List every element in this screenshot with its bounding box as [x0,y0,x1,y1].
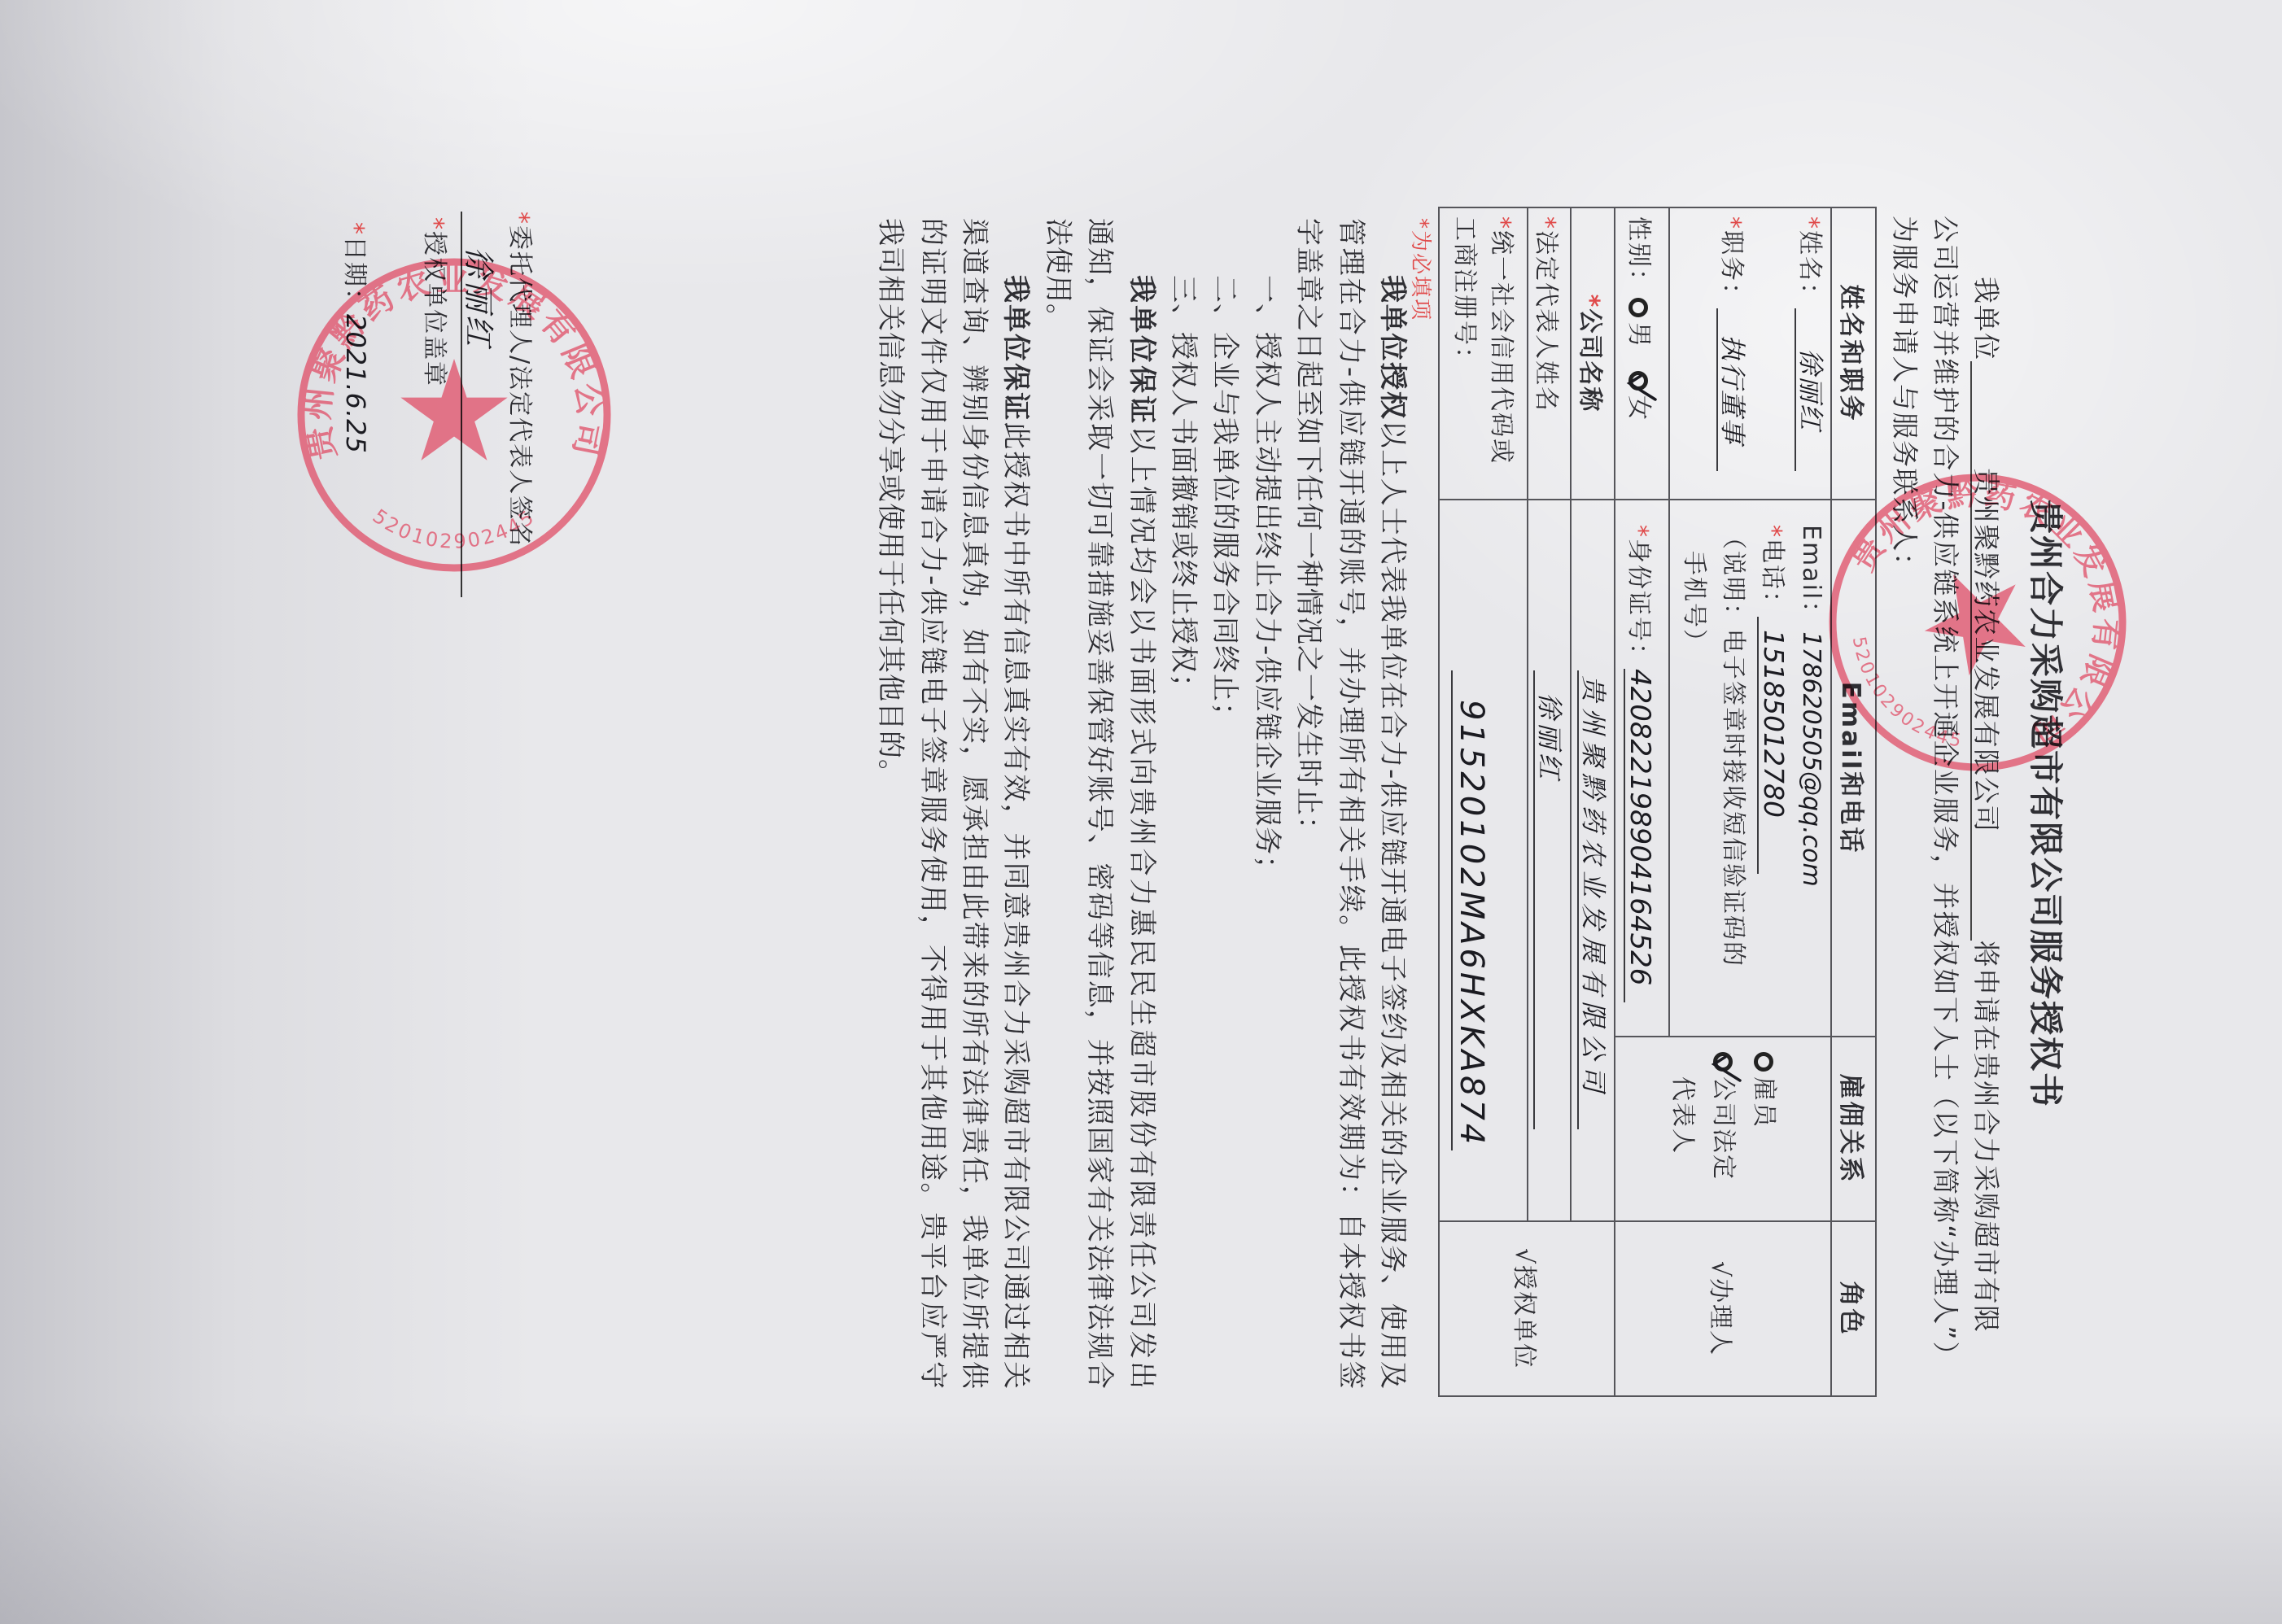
gender-label: 性别： [1625,216,1654,295]
company-name-label-cell: *公司名称 [1571,207,1615,500]
agent-name-label: 姓名： [1795,230,1824,308]
paragraph-2-bold-lead: 我单位保证 [1126,275,1158,426]
condition-item-2: 二、企业与我单位的服务合同终止； [1209,275,1241,1390]
intro-line-1-rest: 将申请在贵州合力采购超市有限 [1970,941,2002,1334]
credit-code-label-line-2: 工商注册号： [1447,216,1484,491]
required-mark: * [1488,216,1516,230]
paragraph-3-line-1: 我单位保证此授权书中所有信息真实有效，并同意贵州合力采购超市有限公司通过相关 [999,275,1032,1390]
credit-code-value: 91520102MA6HXKA874 [1451,670,1490,1150]
company-name-value-cell: 贵州聚黔药农业发展有限公司 [1571,500,1615,1221]
condition-item-3: 三、授权人书面撤销或终止授权； [1167,275,1200,1390]
required-mark: * [1717,216,1746,230]
required-mark: * [340,222,369,236]
gender-option-male: 男 [1625,322,1654,348]
required-mark: * [505,212,534,225]
agent-phone-note-line-1: （说明：电子签章时接收短信验证码的 [1713,525,1752,1028]
paragraph-1-line-2: 管理在合力-供应链开通的账号，并办理所有相关手续。此授权书有效期为：自本授权书签 [1335,218,1367,1390]
agent-position-field: *职务：执行董事 [1715,216,1747,491]
header-employment: 雇佣关系 [1831,1037,1876,1221]
agent-role-cell: √办理人 [1615,1221,1831,1396]
legal-rep-row: *法定代表人姓名 徐丽红 [1528,207,1571,1396]
paragraph-text: 以上情况均会以书面形式向贵州合力惠民民生超市股份有限责任公司发出 [1126,426,1158,1390]
paragraph-1-bold-lead: 我单位授权 [1376,275,1409,421]
company-name-label: 公司名称 [1576,308,1604,413]
credit-code-label-line-1: *统一社会信用代码或 [1484,216,1520,491]
intro-line-1: 我单位贵州聚黔药农业发展有限公司将申请在贵州合力采购超市有限 [1969,277,2002,1334]
company-name-value: 贵州聚黔药农业发展有限公司 [1577,670,1608,1129]
required-mark: * [420,217,448,231]
paragraph-1-line-3: 字盖章之日起至如下任何一种情况之一发生时止： [1292,218,1325,1390]
employment-option-legal-rep: 公司法定代表人 [1662,1049,1743,1212]
company-row: *公司名称 贵州聚黔药农业发展有限公司 √授权单位 [1571,207,1615,1396]
radio-icon [1713,1052,1733,1072]
agent-email-value: 178620505@qq.com [1797,631,1825,886]
paragraph-3-line-2: 渠道查询、辨别身份信息真伪，如有不实，愿承担由此带来的所有法律责任，我单位所提供 [958,218,990,1390]
condition-item-1: 一、授权人主动提出终止合力-供应链企业服务； [1251,275,1283,1390]
agent-position-label: 职务： [1717,230,1746,308]
svg-text:520102902445: 520102902445 [369,504,540,553]
agent-position-value: 执行董事 [1716,308,1747,471]
company-role-cell: √授权单位 [1439,1221,1615,1396]
agent-phone-note-line-2: 手机号） [1674,525,1713,1028]
header-name-title: 姓名和职务 [1831,207,1876,500]
svg-text:520102902445: 520102902445 [1829,627,1973,771]
seal-number: 520102902445 [1829,627,1973,771]
seal-star-icon [1911,548,2052,689]
seal-number: 520102902445 [369,504,540,553]
agent-employment-cell: 雇员 公司法定代表人 [1615,1037,1831,1221]
agent-id-cell: *身份证号：420822198904164526 [1615,500,1669,1037]
credit-code-row: *统一社会信用代码或 工商注册号： 91520102MA6HXKA874 [1439,207,1528,1396]
header-role: 角色 [1831,1221,1876,1396]
paragraph-3-line-4: 我司相关信息勿分享或使用于任何其他目的。 [874,218,907,1390]
checkmark-icon [1711,1054,1742,1082]
credit-code-value-cell: 91520102MA6HXKA874 [1439,500,1528,1221]
agent-name-title-cell: *姓名：徐丽红 *职务：执行董事 [1669,207,1831,500]
legal-rep-label-cell: *法定代表人姓名 [1528,207,1571,500]
agent-phone-field: *电话：15185012780 [1752,525,1791,1028]
required-mark: * [1576,295,1604,309]
employment-option-label: 雇员 [1743,1076,1784,1184]
employment-option-label: 公司法定代表人 [1662,1076,1743,1184]
intro-line-2: 公司运营并维护的合力-供应链系统上开通企业服务，并授权如下人士（以下简称“办理人… [1929,216,1961,1369]
credit-code-label: 统一社会信用代码或 [1488,230,1516,465]
radio-icon [1628,298,1648,317]
agent-phone-value: 15185012780 [1757,617,1788,874]
paragraph-2-line-1: 我单位保证以上情况均会以书面形式向贵州合力惠民民生超市股份有限责任公司发出 [1126,275,1158,1390]
agent-phone-label: 电话： [1758,539,1786,617]
agent-gender-cell: 性别：男女 [1615,207,1669,500]
required-fields-note: *为必填项 [1408,218,1432,321]
required-mark: * [1408,218,1432,230]
seal-star-icon [400,359,507,461]
radio-icon [1628,371,1648,391]
paragraph-2-line-3: 法使用。 [1042,218,1074,1390]
agent-contact-cell: Email：178620505@qq.com *电话：15185012780 （… [1669,500,1831,1037]
agent-name-field: *姓名：徐丽红 [1793,216,1825,491]
paragraph-text: 以上人士代表我单位在合力-供应链开通电子签约及相关的企业服务、使用及 [1376,421,1409,1390]
authorization-table: 姓名和职务 Email和电话 雇佣关系 角色 *姓名：徐丽红 *职务：执行董事 … [1438,207,1877,1397]
table-header-row: 姓名和职务 Email和电话 雇佣关系 角色 [1831,207,1876,1396]
radio-icon [1754,1052,1773,1072]
required-mark: * [1625,525,1654,539]
legal-rep-value-cell: 徐丽红 [1528,500,1571,1221]
required-mark: * [1532,216,1561,230]
paragraph-3-line-3: 的证明文件仅用于申请合力-供应链电子签章服务使用，不得用于其他用途。贵平台应严守 [916,218,949,1390]
paragraph-3-bold-lead: 我单位保证 [999,275,1032,421]
agent-id-value: 420822198904164526 [1624,669,1655,1002]
agent-email-label: Email： [1797,525,1825,626]
required-mark: * [1758,525,1786,539]
paragraph-1-line-1: 我单位授权以上人士代表我单位在合力-供应链开通电子签约及相关的企业服务、使用及 [1376,275,1409,1390]
legal-rep-label: 法定代表人姓名 [1532,230,1561,413]
required-mark: * [1795,216,1824,230]
paragraph-2-line-2: 通知，保证会采取一切可靠措施妥善保管好账号、密码等信息，并按照国家有关法律法规合 [1083,218,1116,1390]
credit-code-label-cell: *统一社会信用代码或 工商注册号： [1439,207,1528,500]
agent-name-value: 徐丽红 [1795,308,1825,471]
company-seal-signature: 贵州聚黔药农业发展有限公司 520102902445 [291,252,617,578]
agent-row: *姓名：徐丽红 *职务：执行董事 Email：178620505@qq.com … [1669,207,1831,1396]
intro-prefix: 我单位 [1970,277,2002,361]
document-title: 贵州合力采购超市有限公司服务授权书 [2025,0,2066,1608]
employment-option-employee: 雇员 [1743,1049,1784,1212]
legal-rep-value: 徐丽红 [1534,670,1565,1129]
required-note-text: 为必填项 [1408,230,1432,321]
company-seal-top: 贵州聚黔药农业发展有限公司 520102902445 [1823,468,2132,777]
checkmark-icon [1626,373,1657,401]
agent-id-label: 身份证号： [1625,539,1654,669]
paragraph-text: 此授权书中所有信息真实有效，并同意贵州合力采购超市有限公司通过相关 [999,421,1032,1390]
authorization-letter-page: 贵州合力采购超市有限公司服务授权书 我单位贵州聚黔药农业发展有限公司将申请在贵州… [0,0,2282,1624]
